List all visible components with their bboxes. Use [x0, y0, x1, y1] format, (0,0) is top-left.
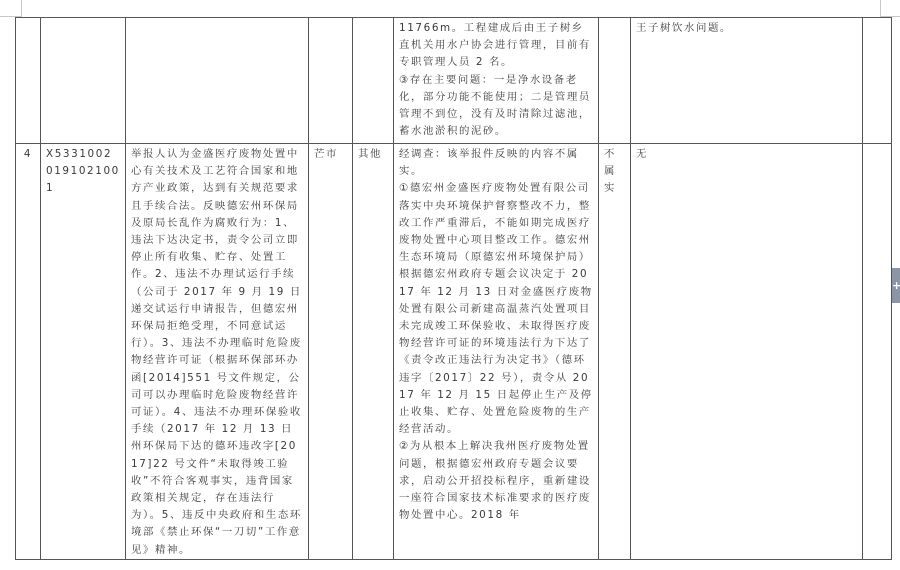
page-corner-mark-top-right	[880, 0, 900, 17]
table-row: 4 X53310020191021001 举报人认为金盛医疗废物处置中心有关技术…	[16, 144, 892, 560]
cell-category: 其他	[353, 144, 394, 560]
page-corner-mark-top-left	[0, 0, 22, 17]
findings-paragraph: 经调查：该举报件反映的内容不属实。	[399, 146, 593, 180]
cell-region: 芒市	[309, 144, 353, 560]
cell-case-id	[41, 18, 126, 144]
cell-complaint	[126, 18, 309, 144]
cell-region	[309, 18, 353, 144]
findings-paragraph: ①德宏州金盛医疗废物处置有限公司落实中央环境保护督察整改不力，整改工作严重滞后，…	[399, 180, 593, 438]
cell-complaint: 举报人认为金盛医疗废物处置中心有关技术及工艺符合国家和地方产业政策，达到有关规范…	[126, 144, 309, 560]
findings-paragraph: ③存在主要问题：一是净水设备老化，部分功能不能使用；二是管理员管理不到位，没有及…	[399, 72, 593, 141]
cell-remark	[863, 18, 892, 144]
cell-case-id: X53310020191021001	[41, 144, 126, 560]
cell-category	[353, 18, 394, 144]
cell-verdict	[599, 18, 631, 144]
cell-index: 4	[16, 144, 41, 560]
findings-paragraph: 11766m。工程建成后由王子树乡直机关用水户协会进行管理，目前有专职管理人员 …	[399, 20, 593, 72]
cell-findings: 经调查：该举报件反映的内容不属实。 ①德宏州金盛医疗废物处置有限公司落实中央环境…	[394, 144, 599, 560]
cell-findings: 11766m。工程建成后由王子树乡直机关用水户协会进行管理，目前有专职管理人员 …	[394, 18, 599, 144]
cell-handling: 王子树饮水问题。	[631, 18, 863, 144]
findings-paragraph: ②为从根本上解决我州医疗废物处置问题，根据德宏州政府专题会议要求，启动公开招投标…	[399, 438, 593, 524]
side-expand-tab[interactable]: +	[892, 268, 900, 303]
cell-index	[16, 18, 41, 144]
table-row: 11766m。工程建成后由王子树乡直机关用水户协会进行管理，目前有专职管理人员 …	[16, 18, 892, 144]
cell-handling: 无	[631, 144, 863, 560]
complaint-table: 11766m。工程建成后由王子树乡直机关用水户协会进行管理，目前有专职管理人员 …	[15, 17, 892, 560]
cell-verdict: 不属实	[599, 144, 631, 560]
plus-icon: +	[892, 279, 900, 292]
cell-remark	[863, 144, 892, 560]
